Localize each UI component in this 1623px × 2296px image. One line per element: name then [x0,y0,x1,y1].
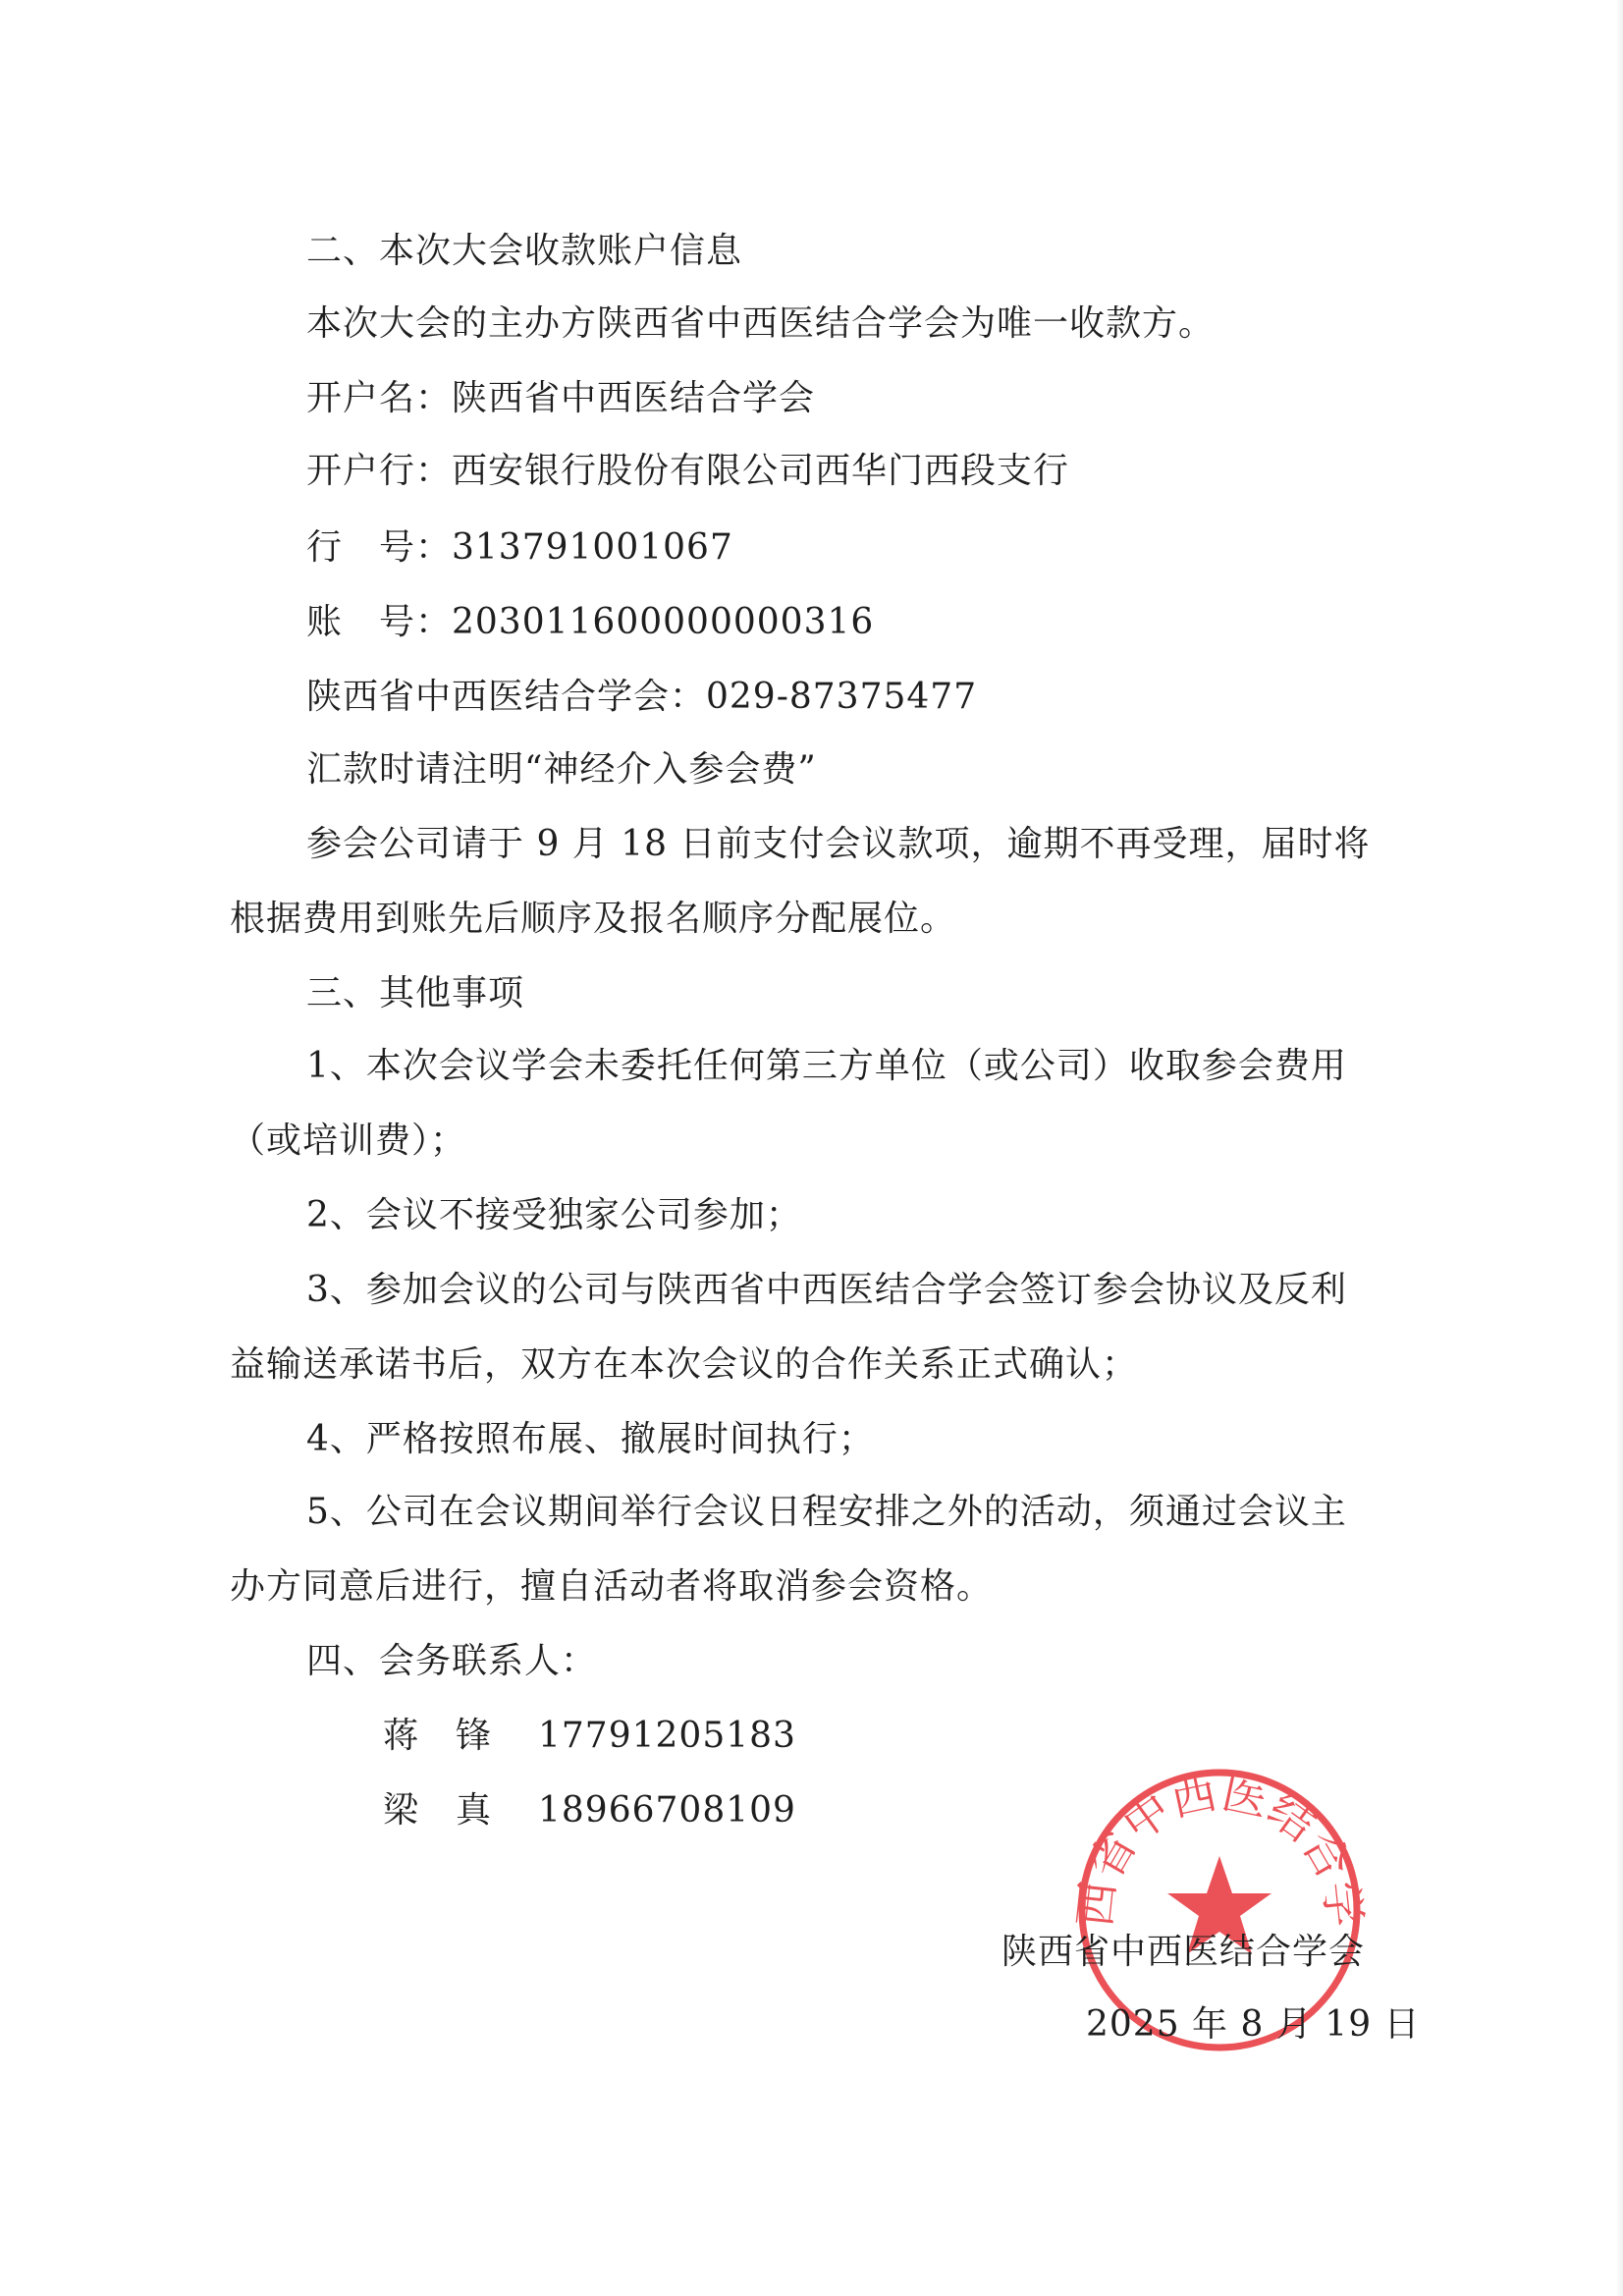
item-5-line1: 5、公司在会议期间举行会议日程安排之外的活动，须通过会议主 [306,1491,1347,1534]
page-edge [1617,0,1623,2296]
item-5-line2: 办方同意后进行，擅自活动者将取消参会资格。 [230,1565,993,1609]
signature-date: 2025 年 8 月 19 日 [1086,2003,1421,2047]
item-2: 2、会议不接受独家公司参加； [306,1194,802,1237]
payee-statement: 本次大会的主办方陕西省中西医结合学会为唯一收款方。 [306,302,1215,346]
contact-name: 梁 真 [383,1789,492,1832]
contact-phone: 18966708109 [538,1789,796,1832]
item-1-line1: 1、本次会议学会未委托任何第三方单位（或公司）收取参会费用 [306,1045,1347,1088]
remittance-remark: 汇款时请注明“神经介入参会费” [306,748,817,792]
item-4: 4、严格按照布展、撤展时间执行； [306,1418,875,1461]
bank-name: 开户行：西安银行股份有限公司西华门西段支行 [306,450,1069,493]
payment-deadline-line2: 根据费用到账先后顺序及报名顺序分配展位。 [230,898,956,941]
section-2-heading: 二、本次大会收款账户信息 [306,230,742,273]
bank-code: 行 号：313791001067 [306,526,733,570]
item-1-line2: （或培训费）； [230,1120,466,1163]
item-3-line2: 益输送承诺书后，双方在本次会议的合作关系正式确认； [230,1343,1138,1387]
section-4-heading: 四、会务联系人： [306,1640,597,1683]
item-3-line1: 3、参加会议的公司与陕西省中西医结合学会签订参会协议及反利 [306,1269,1347,1312]
payment-deadline-line1: 参会公司请于 9 月 18 日前支付会议款项，逾期不再受理，届时将 [306,823,1371,866]
contact-phone: 17791205183 [538,1715,796,1758]
svg-text:陕西省中西医结合学会: 陕西省中西医结合学会 [1072,1763,1367,1930]
signature-org: 陕西省中西医结合学会 [1001,1931,1365,1974]
society-phone: 陕西省中西医结合学会：029-87375477 [306,676,977,719]
section-3-heading: 三、其他事项 [306,972,524,1015]
account-number: 账 号：203011600000000316 [306,601,874,644]
account-name: 开户名：陕西省中西医结合学会 [306,377,815,420]
contact-name: 蒋 锋 [383,1715,492,1758]
